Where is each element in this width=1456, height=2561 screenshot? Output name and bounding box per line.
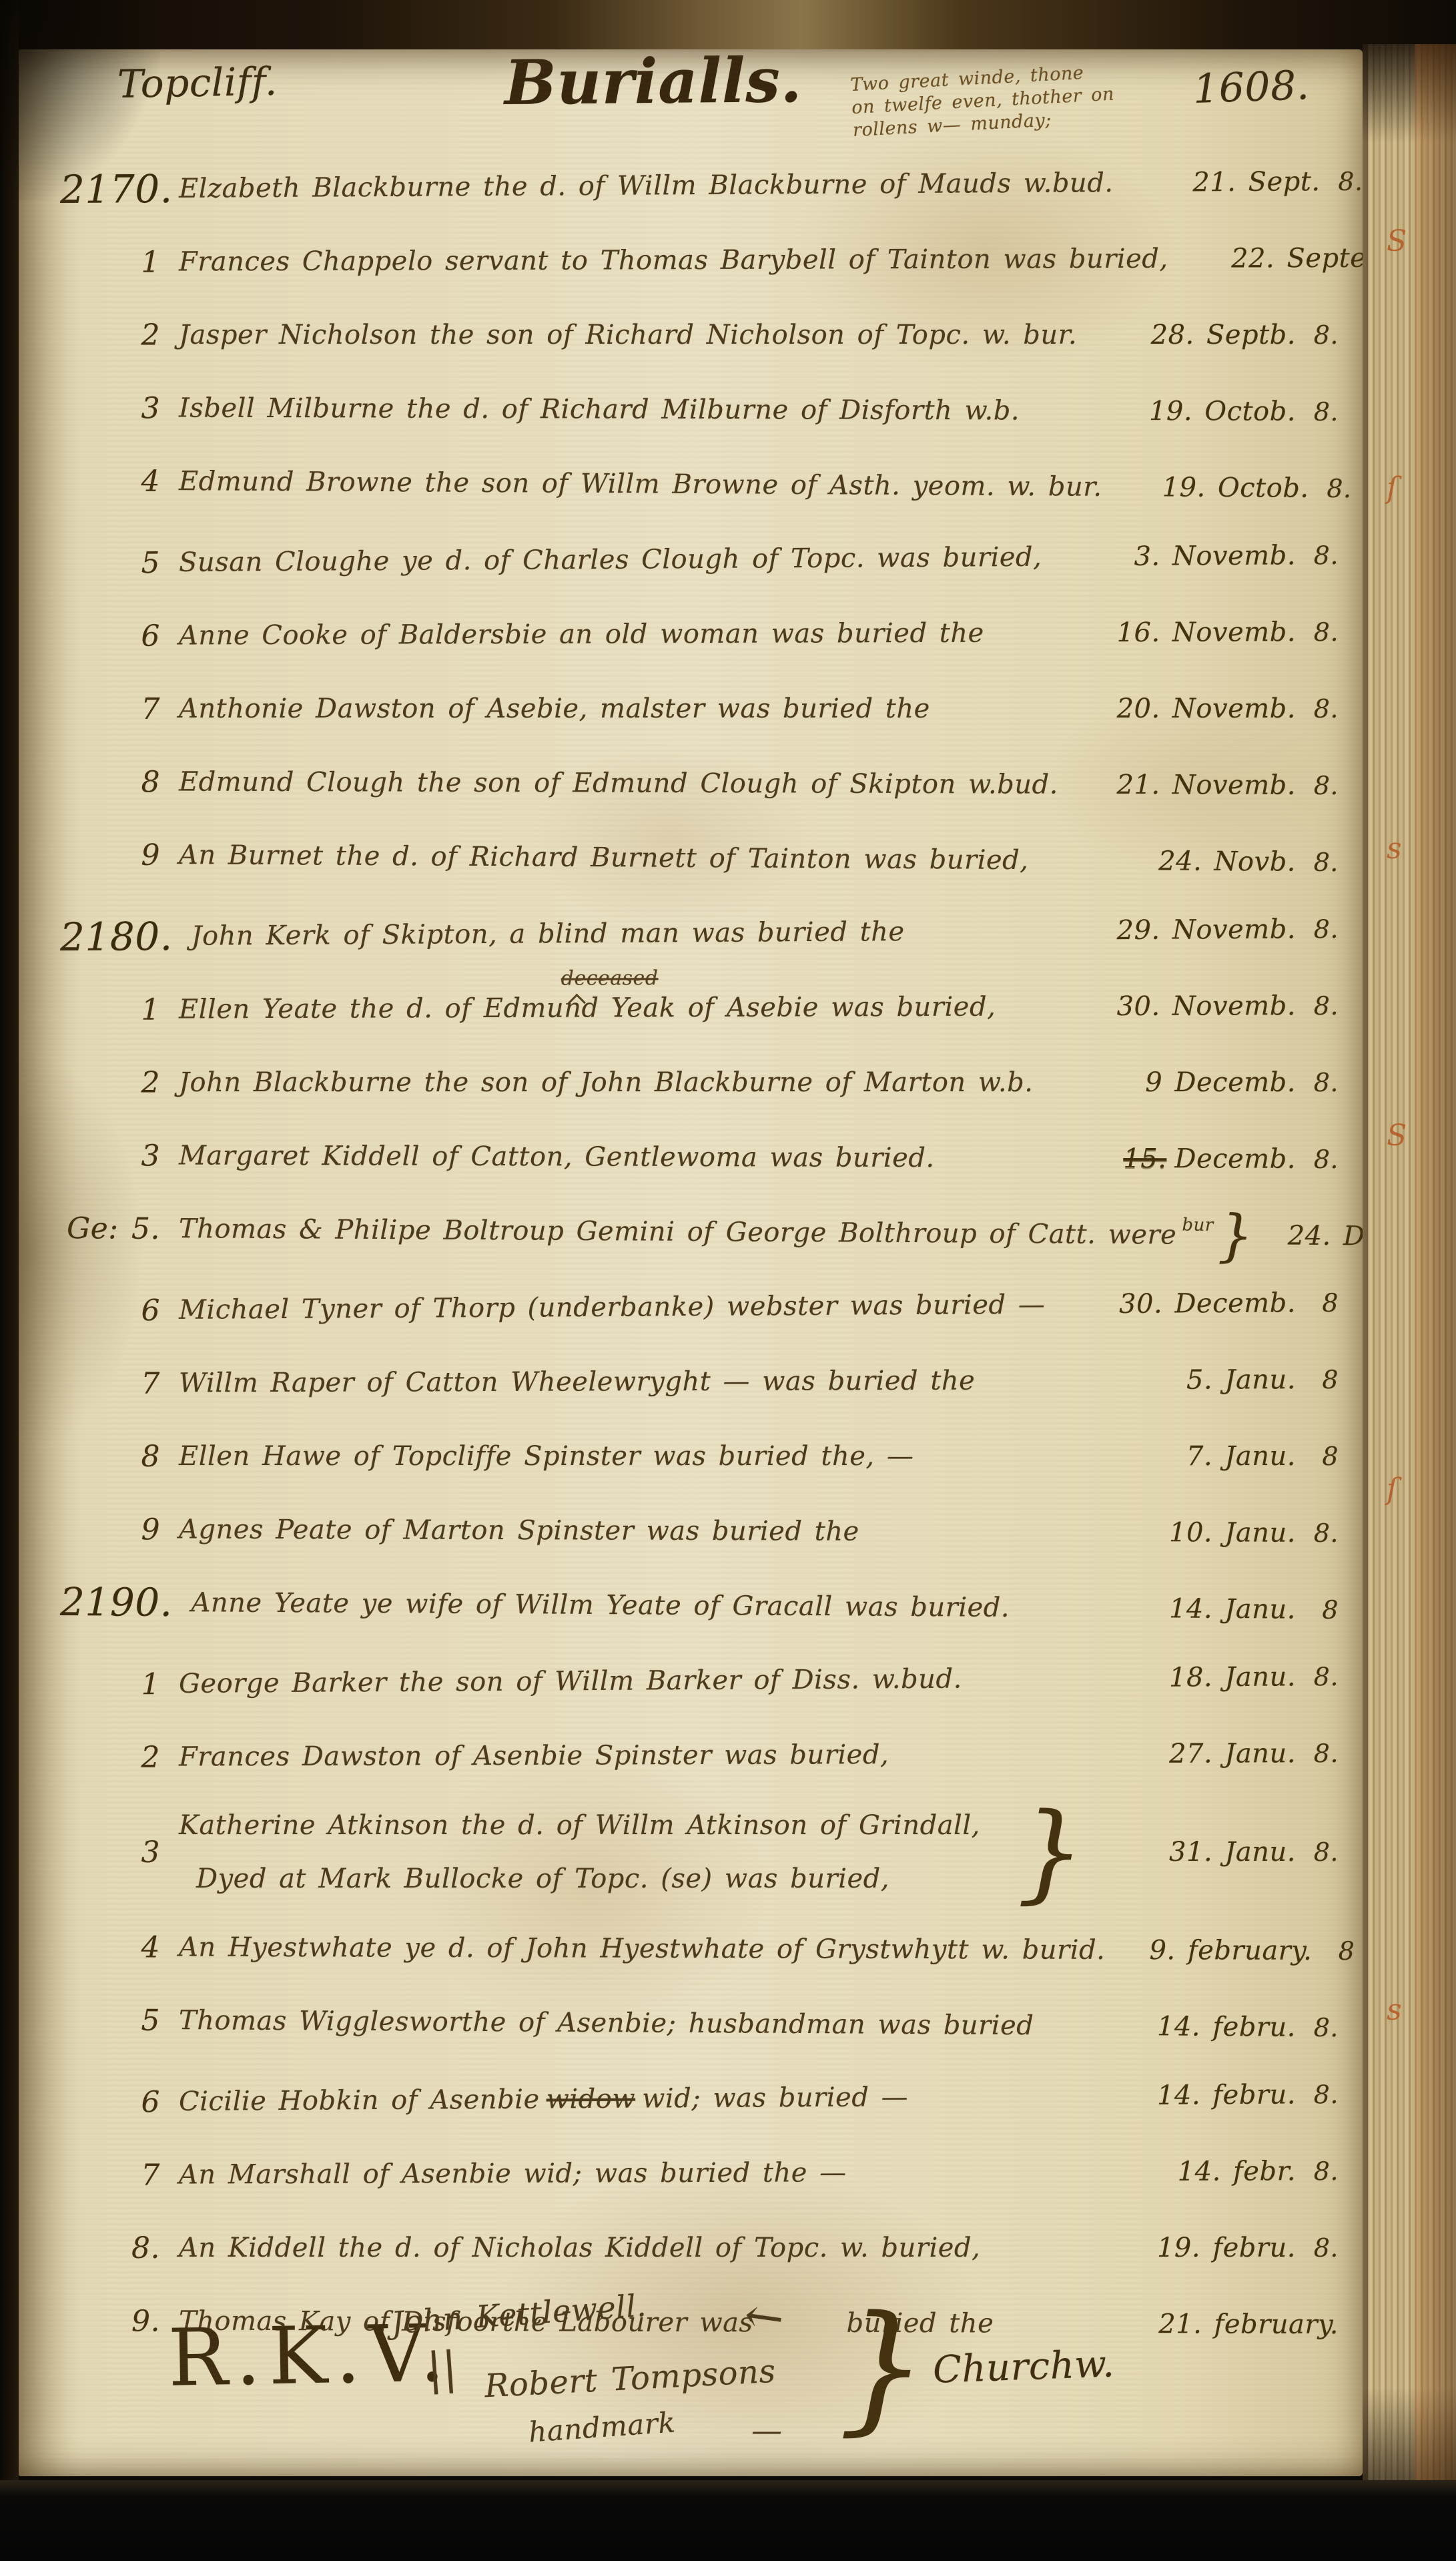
entry-date-value: 14. febru. [1157,2011,1296,2042]
entry-text: George Barker the son of Willm Barker of… [179,1664,962,1699]
entry-body: Frances Dawston of Asenbie Spinster was … [179,1739,1089,1771]
footer-double-bar: || [425,2342,459,2395]
entry-text: Edmund Clough the son of Edmund Clough o… [179,767,1058,800]
background-cloth [0,2480,1456,2561]
entry-number: 3 [60,1835,179,1870]
entry-text: Thomas & Philipe Boltroup Gemini of Geor… [179,1213,1177,1250]
entry-text: An Hyestwhate ye d. of John Hyestwhate o… [179,1932,1105,1966]
entry-text: Ellen Hawe of Topcliffe Spinster was bur… [179,1441,914,1472]
entry-body: Frances Chappelo servant to Thomas Baryb… [179,244,1168,277]
footer-handmark-label: handmark [528,2405,677,2448]
entry-body: Katherine Atkinson the d. of Willm Atkin… [179,1799,1013,1906]
entry-date-struck: 15. [1123,1143,1166,1174]
entry-body: Cicilie Hobkin of Asenbiewidowwid; was b… [179,2081,1089,2116]
register-entry: 4 Edmund Browne the son of Willm Browne … [60,443,1339,526]
entry-date: 30. Decemb. [1089,1288,1296,1320]
entry-body: Thomas & Philipe Boltroup Gemini of Geor… [179,1214,1214,1250]
entry-number: 2180. [60,914,192,960]
footer-witness-signature: Robert Tompsons [484,2353,777,2405]
corner-shadow [0,0,160,200]
entry-date-value: 31. Janu. [1169,1837,1296,1868]
entry-fee: 8. [1296,617,1339,647]
entry-body: Margaret Kiddell of Catton, Gentlewoma w… [179,1141,1089,1173]
entry-text: Thomas Wigglesworthe of Asenbie; husband… [179,2005,1034,2041]
manuscript-photo: Topcliff. Burialls. Two great winde, tho… [0,0,1456,2561]
register-entry: 4 An Hyestwhate ye d. of John Hyestwhate… [60,1910,1339,1988]
entry-number: 1 [60,245,179,280]
register-entry: 3 Margaret Kiddell of Catton, Gentlewoma… [60,1118,1339,1197]
entry-text: Ellen Yeate the d. of Edmund Yeak of Ase… [179,992,996,1025]
entry-fee: 8. [1296,2013,1339,2042]
entry-date-value: 19. Octob. [1162,472,1309,503]
register-entry: 3 Katherine Atkinson the d. of Willm Atk… [60,1793,1339,1912]
register-page: Topcliff. Burialls. Two great winde, tho… [17,49,1363,2476]
entry-date: 18. Janu. [1089,1661,1296,1693]
entry-date-value: 5. Janu. [1186,1364,1296,1396]
entry-number: 8. [60,2231,179,2265]
burial-entries-list: 2170. Elzabeth Blackburne the d. of Will… [60,148,1339,2360]
entry-text: John Blackburne the son of John Blackbur… [179,1067,1033,1098]
entry-date: 16. Novemb. [1089,617,1296,648]
left-gutter-shadow [0,0,19,2561]
entry-number: 6 [60,619,179,653]
entry-number: 9 [60,837,179,872]
entry-date-value: Decemb. [1174,1143,1296,1175]
entry-body: Agnes Peate of Marton Spinster was burie… [179,1515,1089,1547]
entry-date: 21. february. [1132,2309,1339,2340]
entry-body: An Kiddell the d. of Nicholas Kiddell of… [179,2233,1089,2263]
entry-text: Michael Tyner of Thorp (underbanke) webs… [179,1290,1046,1326]
entry-fee: 8. [1296,771,1339,800]
entry-body: Anthonie Dawston of Asebie, malster was … [179,694,1089,724]
entry-text-continued: wid; was buried — [642,2082,908,2114]
entry-date-value: 10. Janu. [1169,1517,1296,1548]
edge-bleed-mark: s [1387,1993,1402,2027]
entry-text: Katherine Atkinson the d. of Willm Atkin… [179,1810,980,1841]
entry-date-value: 9 Decemb. [1145,1067,1296,1098]
entry-text: John Kerk of Skipton, a blind man was bu… [191,916,904,952]
entry-fee: 8. [1296,2080,1339,2109]
register-entry: 7 Willm Raper of Catton Wheelewryght — w… [60,1342,1339,1421]
entry-fee: 8. [1296,2157,1339,2186]
entry-date-value: 29. Novemb. [1116,914,1296,946]
entry-body: Edmund Browne the son of Willm Browne of… [179,467,1102,502]
entry-interlined-word: deceased [561,966,659,990]
entry-fee: 8. [1296,1837,1339,1867]
entry-date: 24. Novb. [1089,846,1296,878]
entry-date-value: 9. february. [1149,1935,1312,1966]
entry-date: 9. february. [1105,1935,1312,1966]
entry-fee: 8. [1296,914,1339,944]
register-entry: 8 Ellen Hawe of Topcliffe Spinster was b… [60,1419,1339,1494]
entry-date-value: 19. febru. [1157,2233,1296,2263]
register-entry: 1 Frances Chappelo servant to Thomas Bar… [60,221,1339,300]
entry-number: 4 [60,463,179,498]
entry-date: 19. Octob. [1102,472,1309,504]
entry-date-value: 30. Novemb. [1116,990,1296,1022]
register-entry: 2 John Blackburne the son of John Blackb… [60,1045,1339,1120]
entry-fee: 8. [1296,694,1339,724]
entry-fee: 8. [1296,1518,1339,1548]
brace-icon: } [838,2285,928,2449]
entry-number: 2 [60,1740,179,1775]
entry-date-value: 21. Sept. [1192,166,1321,198]
entry-superscript: bur [1182,1215,1214,1235]
entry-body: Michael Tyner of Thorp (underbanke) webs… [179,1290,1089,1325]
entry-number: 9 [60,1512,179,1546]
entry-date: 9 Decemb. [1089,1067,1296,1098]
entry-date-value: 27. Janu. [1169,1738,1296,1769]
entry-body: Anne Yeate ye wife of Willm Yeate of Gra… [191,1588,1089,1623]
entry-date: 14. febr. [1089,2156,1296,2187]
entry-body: Anne Cooke of Baldersbie an old woman wa… [179,618,1089,650]
entry-struck-word: widow [547,2084,636,2115]
entry-number: 8 [60,764,179,799]
entry-body: An Burnet the d. of Richard Burnett of T… [179,840,1089,876]
entry-fee: 8 [1296,1442,1339,1471]
entry-text: Frances Chappelo servant to Thomas Baryb… [179,244,1168,278]
entry-date: 14. Janu. [1089,1593,1296,1625]
edge-bleed-mark: ſ [1387,1472,1397,1506]
entry-date-value: 18. Janu. [1169,1661,1296,1693]
entry-text: Willm Raper of Catton Wheelewryght — was… [179,1366,975,1399]
entry-number: 5 [60,2002,179,2037]
entry-date: 21. Sept. [1113,166,1320,198]
entry-date-value: 14. febr. [1178,2156,1297,2187]
entry-body: John Kerk of Skipton, a blind man was bu… [191,916,1089,950]
entry-number: 5 [60,545,179,580]
register-entry: 5 Thomas Wigglesworthe of Asenbie; husba… [60,1982,1339,2065]
entry-date: 14. febru. [1089,2011,1296,2043]
marginal-note: Two great winde, thone on twelfe even, t… [850,57,1187,141]
entry-number: 2 [60,1066,179,1100]
entry-fee: 8. [1296,991,1339,1021]
entry-text-line2: Dyed at Mark Bullocke of Topc. (se) was … [196,1852,1013,1906]
footer-dash: — [751,2412,783,2448]
entry-fee: 8. [1296,2233,1339,2263]
entry-fee: 8. [1309,474,1351,503]
register-entry: 9 Agnes Peate of Marton Spinster was bur… [60,1492,1339,1571]
register-entry: 7 An Marshall of Asenbie wid; was buried… [60,2134,1339,2213]
footer-churchwarden-label: Churchw. [932,2342,1115,2391]
register-entry: 1 Ellen Yeate the d. of Edmund Yeak of A… [60,968,1339,1047]
entry-number: 3 [60,1138,179,1173]
entry-fee: 8. [1320,167,1363,196]
entry-number: 2190. [60,1579,192,1625]
entry-text: An Burnet the d. of Richard Burnett of T… [179,840,1029,876]
register-entry: 6 Anne Cooke of Baldersbie an old woman … [60,595,1339,673]
edge-bleed-mark: s [1387,832,1402,866]
entry-date: 31. Janu. [1089,1837,1296,1868]
entry-text: An Marshall of Asenbie wid; was buried t… [179,2157,847,2190]
register-entry: 2 Frances Dawston of Asenbie Spinster wa… [60,1716,1339,1795]
entry-date: 10. Janu. [1089,1517,1296,1548]
entry-date: 29. Novemb. [1089,914,1296,946]
entry-fee: 8. [1296,1662,1339,1691]
entry-body: An Hyestwhate ye d. of John Hyestwhate o… [179,1933,1105,1965]
entry-number: 7 [60,2158,179,2193]
entry-number: 4 [60,1930,179,1964]
register-entry: 8 Edmund Clough the son of Edmund Clough… [60,744,1339,823]
entry-number: 6 [60,2084,179,2119]
entry-date: 3. Novemb. [1089,540,1296,572]
entry-date-value: 20. Novemb. [1117,693,1296,724]
entry-date: 28. Septb. [1089,320,1296,350]
entry-fee: 8. [1296,541,1339,570]
entry-number: 7 [60,1366,179,1401]
entry-date: 19. Octob. [1089,396,1296,427]
entry-date: 22. Septe. [1168,243,1375,274]
register-entry: 2180. John Kerk of Skipton, a blind man … [60,892,1339,974]
entry-body: Edmund Clough the son of Edmund Clough o… [179,768,1089,800]
entry-date-value: 14. Janu. [1169,1593,1296,1625]
entry-body: Isbell Milburne the d. of Richard Milbur… [179,394,1089,426]
entry-number: 6 [60,1293,179,1328]
entry-fee: 8. [1296,1145,1339,1174]
entry-number: 8 [60,1440,179,1474]
page-year: 1608. [1192,62,1311,113]
entry-date-value: 16. Novemb. [1116,617,1296,648]
entry-fee: 8. [1296,1068,1339,1097]
entry-fee: 8 [1296,1595,1339,1625]
register-entry: Ge: 5. Thomas & Philipe Boltroup Gemini … [60,1191,1339,1273]
register-entry: 2170. Elzabeth Blackburne the d. of Will… [60,144,1339,227]
entry-number: 1 [60,1667,179,1701]
entry-date: 27. Janu. [1089,1738,1296,1769]
entry-text: Margaret Kiddell of Catton, Gentlewoma w… [179,1141,935,1174]
arrow-icon: ← [741,2287,788,2346]
entry-date: 14. febru. [1089,2079,1296,2111]
entry-date-value: 28. Septb. [1151,320,1296,350]
entry-body: Elzabeth Blackburne the d. of Willm Blac… [179,168,1114,204]
entry-text: Anne Cooke of Baldersbie an old woman wa… [179,618,984,651]
entry-body: John Blackburne the son of John Blackbur… [179,1068,1089,1097]
entry-body: Ellen Hawe of Topcliffe Spinster was bur… [179,1442,1089,1471]
register-entry: 2190. Anne Yeate ye wife of Willm Yeate … [60,1564,1339,1647]
register-entry: 2 Jasper Nicholson the son of Richard Ni… [60,298,1339,372]
entry-date-value: 21. february. [1158,2309,1339,2340]
entry-body: Thomas Wigglesworthe of Asenbie; husband… [179,2006,1089,2041]
entry-body: Susan Cloughe ye d. of Charles Clough of… [179,542,1089,577]
entry-fee: 8 [1296,1365,1339,1394]
entry-date-value: 3. Novemb. [1134,540,1296,572]
entry-date-value: 19. Octob. [1149,396,1296,427]
entry-fee: 8 [1312,1936,1355,1966]
entry-text: Susan Cloughe ye d. of Charles Clough of… [179,542,1042,578]
entry-date: 7. Janu. [1089,1441,1296,1472]
register-entry: 8. An Kiddell the d. of Nicholas Kiddell… [60,2211,1339,2285]
register-entry: 9 An Burnet the d. of Richard Burnett of… [60,817,1339,900]
entry-body: Willm Raper of Catton Wheelewryght — was… [179,1366,1089,1398]
entry-text: Isbell Milburne the d. of Richard Milbur… [179,393,1020,426]
entry-body: Ellen Yeate the d. of Edmund Yeak of Ase… [179,992,1089,1024]
entry-text: Frances Dawston of Asenbie Spinster was … [179,1739,889,1772]
register-entry: 6 Michael Tyner of Thorp (underbanke) we… [60,1265,1339,1348]
entry-date: 19. febru. [1089,2233,1296,2263]
entry-date: 21. Novemb. [1089,770,1296,801]
register-entry: 7 Anthonie Dawston of Asebie, malster wa… [60,671,1339,746]
register-entry: 3 Isbell Milburne the d. of Richard Milb… [60,370,1339,449]
entry-body: George Barker the son of Willm Barker of… [179,1663,1089,1699]
entry-text: Anthonie Dawston of Asebie, malster was … [179,693,930,724]
entry-fee: 8. [1296,397,1339,426]
entry-text: Cicilie Hobkin of Asenbie [179,2084,540,2117]
entry-text: Elzabeth Blackburne the d. of Willm Blac… [179,168,1114,204]
entry-body: An Marshall of Asenbie wid; was buried t… [179,2157,1089,2189]
entry-number: 2 [60,318,179,352]
entry-text: Edmund Browne the son of Willm Browne of… [179,466,1102,503]
entry-fee: 8. [1296,1739,1339,1768]
entry-number: Ge: 5. [60,1211,179,1245]
entry-date: 30. Novemb. [1089,990,1296,1022]
edge-bleed-mark: S [1387,1119,1407,1153]
entry-fee: 8. [1296,848,1339,877]
entry-fee: 8 [1296,1288,1339,1318]
entry-date-value: 30. Decemb. [1119,1288,1296,1320]
entry-text: Anne Yeate ye wife of Willm Yeate of Gra… [191,1587,1010,1623]
entry-date-value: 7. Janu. [1186,1441,1296,1472]
entry-date: 15.Decemb. [1089,1143,1296,1175]
entry-body: Jasper Nicholson the son of Richard Nich… [179,320,1089,350]
edge-bleed-mark: S [1387,224,1407,258]
entry-date-value: 22. Septe. [1231,243,1375,274]
entry-date-value: 21. Novemb. [1116,770,1296,801]
entry-date-value: 14. febru. [1157,2079,1296,2110]
entry-text: An Kiddell the d. of Nicholas Kiddell of… [179,2233,980,2263]
register-entry: 5 Susan Cloughe ye d. of Charles Clough … [60,518,1339,601]
edge-bleed-mark: ſ [1387,471,1397,505]
entry-number: 9. [60,2303,179,2338]
entry-number: 3 [60,390,179,425]
entry-text: Jasper Nicholson the son of Richard Nich… [179,320,1077,350]
entry-number: 7 [60,692,179,726]
fore-edge-tint [1415,44,1456,2511]
register-entry: 1 George Barker the son of Willm Barker … [60,1639,1339,1722]
entry-date: 20. Novemb. [1089,693,1296,724]
register-entry: 6 Cicilie Hobkin of Asenbiewidowwid; was… [60,2057,1339,2140]
entry-number: 1 [60,992,179,1027]
entry-text: Agnes Peate of Marton Spinster was burie… [179,1514,859,1547]
entry-date: 5. Janu. [1089,1364,1296,1396]
entry-date-value: 24. Novb. [1158,846,1296,877]
page-title: Burialls. [504,44,803,119]
entry-fee: 8. [1296,320,1339,350]
